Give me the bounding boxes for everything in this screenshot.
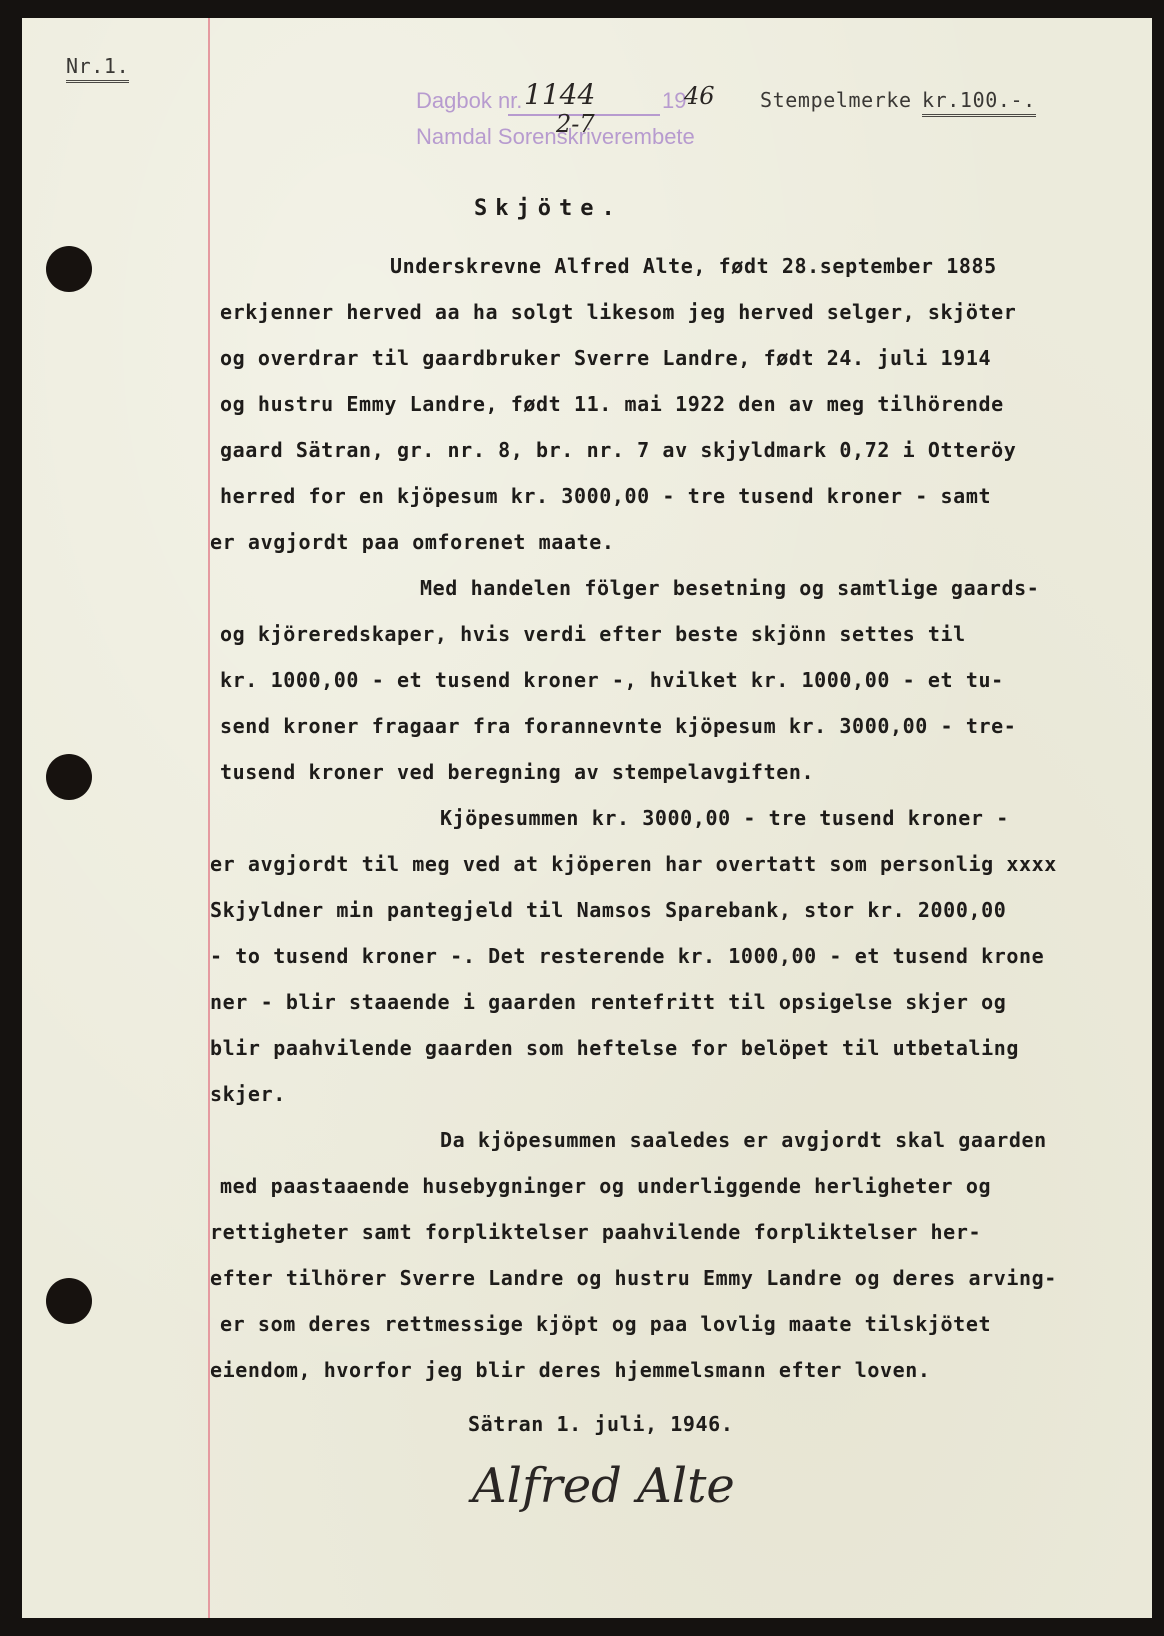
body-line: blir paahvilende gaarden som heftelse fo…: [210, 1036, 1019, 1060]
punch-hole: [46, 246, 92, 292]
body-line: er som deres rettmessige kjöpt og paa lo…: [220, 1312, 991, 1336]
body-line: Kjöpesummen kr. 3000,00 - tre tusend kro…: [440, 806, 1009, 830]
body-line: eiendom, hvorfor jeg blir deres hjemmels…: [210, 1358, 931, 1382]
body-line: gaard Sätran, gr. nr. 8, br. nr. 7 av sk…: [220, 438, 1016, 462]
body-line: kr. 1000,00 - et tusend kroner -, hvilke…: [220, 668, 1004, 692]
signature: Alfred Alte: [472, 1458, 735, 1514]
body-line: herred for en kjöpesum kr. 3000,00 - tre…: [220, 484, 991, 508]
body-line: tusend kroner ved beregning av stempelav…: [220, 760, 814, 784]
body-line: erkjenner herved aa ha solgt likesom jeg…: [220, 300, 1016, 324]
body-line: er avgjordt til meg ved at kjöperen har …: [210, 852, 1057, 876]
dagbok-number: 1144: [524, 78, 595, 111]
body-line: er avgjordt paa omforenet maate.: [210, 530, 615, 554]
punch-hole: [46, 754, 92, 800]
body-line: Med handelen fölger besetning og samtlig…: [420, 576, 1039, 600]
punch-hole: [46, 1278, 92, 1324]
body-line: rettigheter samt forpliktelser paahvilen…: [210, 1220, 981, 1244]
body-line: med paastaaende husebygninger og underli…: [220, 1174, 991, 1198]
body-line: send kroner fragaar fra forannevnte kjöp…: [220, 714, 1016, 738]
document-title: Skjöte.: [474, 196, 623, 221]
body-line: skjer.: [210, 1082, 286, 1106]
body-line: ner - blir staaende i gaarden rentefritt…: [210, 990, 1006, 1014]
body-line: og kjöreredskaper, hvis verdi efter best…: [220, 622, 966, 646]
stempelmerke-value: kr.100.-.: [922, 88, 1036, 117]
body-line: Underskrevne Alfred Alte, født 28.septem…: [390, 254, 997, 278]
stamp-year-suffix: 46: [684, 82, 715, 110]
stamp-dagbok-label: Dagbok nr.: [416, 88, 522, 114]
stamp-year-prefix: 19: [662, 88, 686, 114]
document-page: Nr.1. Dagbok nr. 1144 19 46 2-7 Namdal S…: [22, 18, 1152, 1618]
body-line: Da kjöpesummen saaledes er avgjordt skal…: [440, 1128, 1047, 1152]
document-number: Nr.1.: [66, 54, 129, 83]
stempelmerke-label: Stempelmerke: [760, 88, 912, 112]
body-line: - to tusend kroner -. Det resterende kr.…: [210, 944, 1044, 968]
body-line: og hustru Emmy Landre, født 11. mai 1922…: [220, 392, 1004, 416]
body-line: og overdrar til gaardbruker Sverre Landr…: [220, 346, 991, 370]
place-date: Sätran 1. juli, 1946.: [468, 1412, 733, 1436]
body-line: Skjyldner min pantegjeld til Namsos Spar…: [210, 898, 1006, 922]
stamp-office: Namdal Sorenskriverembete: [416, 124, 695, 150]
body-line: efter tilhörer Sverre Landre og hustru E…: [210, 1266, 1057, 1290]
